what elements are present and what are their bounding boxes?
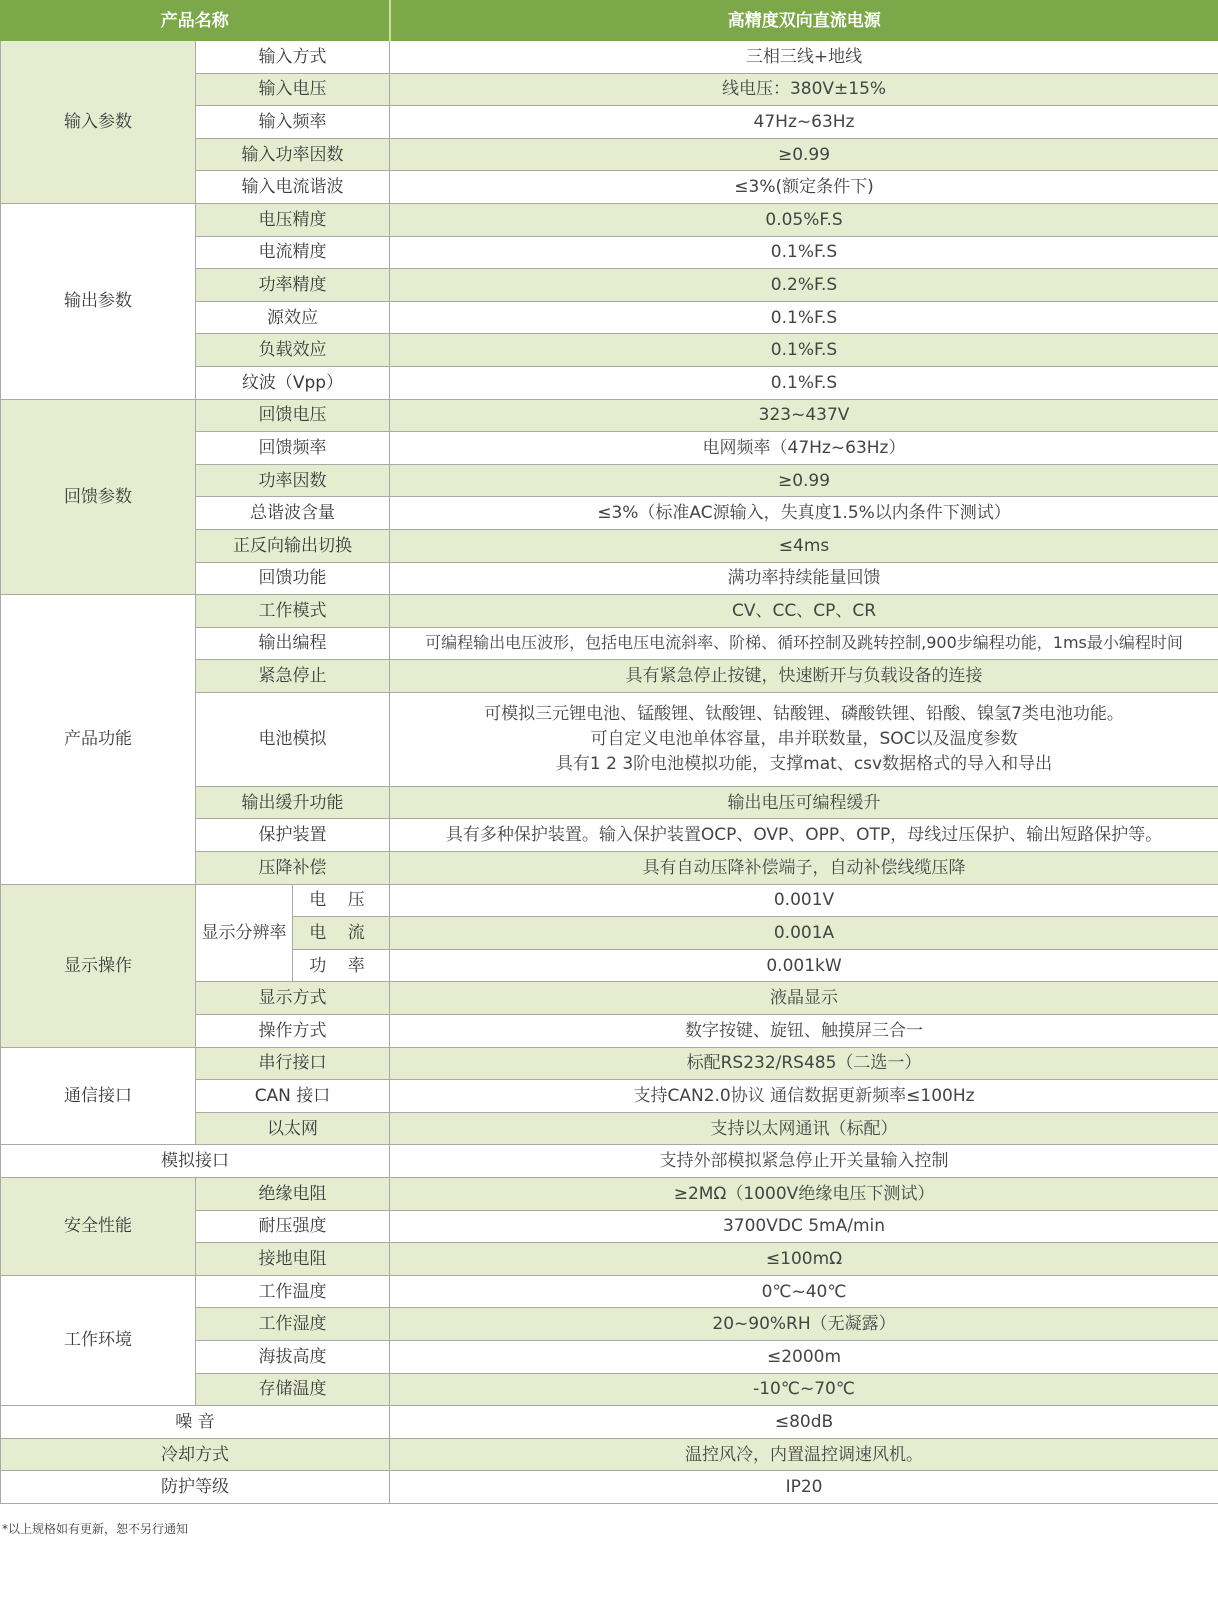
row-value: ≥0.99 [390, 464, 1218, 497]
table-row: 显示操作 显示分辨率 电 压 0.001V [1, 884, 1218, 917]
row-label: 输入频率 [196, 106, 390, 139]
row-value: 温控风冷，内置温控调速风机。 [390, 1438, 1218, 1471]
row-value: 满功率持续能量回馈 [390, 562, 1218, 595]
row-value: 支持以太网通讯（标配） [390, 1112, 1218, 1145]
row-label: 输入功率因数 [196, 138, 390, 171]
row-value: 三相三线+地线 [390, 41, 1218, 74]
row-value: 标配RS232/RS485（二选一） [390, 1047, 1218, 1080]
group-function: 产品功能 [1, 595, 196, 885]
spec-table: 产品名称 高精度双向直流电源 输入参数 输入方式 三相三线+地线 输入电压 线电… [0, 0, 1218, 1504]
row-value-battery-sim: 可模拟三元锂电池、锰酸锂、钛酸锂、钴酸锂、磷酸铁锂、铅酸、镍氢7类电池功能。 可… [390, 692, 1218, 786]
row-value: 3700VDC 5mA/min [390, 1210, 1218, 1243]
table-row: 防护等级 IP20 [1, 1471, 1218, 1504]
row-value: 0.001A [390, 917, 1218, 950]
row-value: 0.001kW [390, 949, 1218, 982]
row-label: 回馈功能 [196, 562, 390, 595]
row-label: 压降补偿 [196, 852, 390, 885]
row-value: 线电压：380V±15% [390, 73, 1218, 106]
table-row: 安全性能 绝缘电阻 ≥2MΩ（1000V绝缘电压下测试） [1, 1178, 1218, 1211]
row-value: ≤3%(额定条件下) [390, 171, 1218, 204]
row-label-noise: 噪 音 [1, 1406, 390, 1439]
row-value: 支持外部模拟紧急停止开关量输入控制 [390, 1145, 1218, 1178]
row-label: 紧急停止 [196, 660, 390, 693]
battery-line-1: 可模拟三元锂电池、锰酸锂、钛酸锂、钴酸锂、磷酸铁锂、铅酸、镍氢7类电池功能。 [394, 702, 1214, 727]
row-value: 支持CAN2.0协议 通信数据更新频率≤100Hz [390, 1080, 1218, 1113]
row-label: 工作模式 [196, 595, 390, 628]
group-safety: 安全性能 [1, 1178, 196, 1276]
row-label: 回馈电压 [196, 399, 390, 432]
row-label: 输出编程 [196, 627, 390, 660]
row-label: 电 压 [293, 884, 390, 917]
battery-line-2: 可自定义电池单体容量，串并联数量，SOC以及温度参数 [394, 727, 1214, 752]
row-value: 0.1%F.S [390, 366, 1218, 399]
table-row: 工作环境 工作温度 0℃~40℃ [1, 1275, 1218, 1308]
row-label: 输入电压 [196, 73, 390, 106]
row-label: 电池模拟 [196, 692, 390, 786]
row-label: 电压精度 [196, 203, 390, 236]
group-display: 显示操作 [1, 884, 196, 1047]
row-value: 数字按键、旋钮、触摸屏三合一 [390, 1015, 1218, 1048]
row-value: 0.1%F.S [390, 236, 1218, 269]
row-label: 耐压强度 [196, 1210, 390, 1243]
row-value: 20~90%RH（无凝露） [390, 1308, 1218, 1341]
row-value: ≥0.99 [390, 138, 1218, 171]
row-label: 正反向输出切换 [196, 529, 390, 562]
header-name-label: 产品名称 [1, 1, 390, 41]
table-row: 输入参数 输入方式 三相三线+地线 [1, 41, 1218, 74]
row-value: 具有多种保护装置。输入保护装置OCP、OVP、OPP、OTP，母线过压保护、输出… [390, 819, 1218, 852]
battery-line-3: 具有1 2 3阶电池模拟功能，支撑mat、csv数据格式的导入和导出 [394, 752, 1214, 777]
row-value: 47Hz~63Hz [390, 106, 1218, 139]
table-row: 回馈参数 回馈电压 323~437V [1, 399, 1218, 432]
row-label: 显示方式 [196, 982, 390, 1015]
row-label-cooling: 冷却方式 [1, 1438, 390, 1471]
row-label: 操作方式 [196, 1015, 390, 1048]
group-comm: 通信接口 [1, 1047, 196, 1145]
row-label: 输出缓升功能 [196, 786, 390, 819]
row-value: 0℃~40℃ [390, 1275, 1218, 1308]
row-label-protection: 防护等级 [1, 1471, 390, 1504]
row-value: 0.1%F.S [390, 301, 1218, 334]
row-value: 可编程输出电压波形，包括电压电流斜率、阶梯、循环控制及跳转控制,900步编程功能… [390, 627, 1218, 660]
row-value: ≤100mΩ [390, 1243, 1218, 1276]
row-value: 323~437V [390, 399, 1218, 432]
row-label: 海拔高度 [196, 1340, 390, 1373]
group-env: 工作环境 [1, 1275, 196, 1405]
row-label: 输入方式 [196, 41, 390, 74]
row-label: 绝缘电阻 [196, 1178, 390, 1211]
row-value: 具有自动压降补偿端子，自动补偿线缆压降 [390, 852, 1218, 885]
row-label: 总谐波含量 [196, 497, 390, 530]
table-row: 产品功能 工作模式 CV、CC、CP、CR [1, 595, 1218, 628]
row-label: 接地电阻 [196, 1243, 390, 1276]
row-value: ≤2000m [390, 1340, 1218, 1373]
table-row: 模拟接口 支持外部模拟紧急停止开关量输入控制 [1, 1145, 1218, 1178]
row-label: 工作湿度 [196, 1308, 390, 1341]
row-label: 电 流 [293, 917, 390, 950]
row-value: ≤4ms [390, 529, 1218, 562]
row-value: 0.1%F.S [390, 334, 1218, 367]
row-value: 电网频率（47Hz~63Hz） [390, 432, 1218, 465]
row-value: 0.05%F.S [390, 203, 1218, 236]
table-row: 输出参数 电压精度 0.05%F.S [1, 203, 1218, 236]
row-value: 0.2%F.S [390, 269, 1218, 302]
row-value: ≥2MΩ（1000V绝缘电压下测试） [390, 1178, 1218, 1211]
row-label: 功率因数 [196, 464, 390, 497]
group-output: 输出参数 [1, 203, 196, 399]
row-value: ≤80dB [390, 1406, 1218, 1439]
footnote: *以上规格如有更新，恕不另行通知 [2, 1520, 188, 1537]
table-row: 冷却方式 温控风冷，内置温控调速风机。 [1, 1438, 1218, 1471]
group-feedback: 回馈参数 [1, 399, 196, 595]
table-row: 通信接口 串行接口 标配RS232/RS485（二选一） [1, 1047, 1218, 1080]
row-label: 回馈频率 [196, 432, 390, 465]
row-value: 0.001V [390, 884, 1218, 917]
row-value: -10℃~70℃ [390, 1373, 1218, 1406]
row-label: 输入电流谐波 [196, 171, 390, 204]
row-label: 功率精度 [196, 269, 390, 302]
row-value: ≤3%（标准AC源输入，失真度1.5%以内条件下测试） [390, 497, 1218, 530]
group-input: 输入参数 [1, 41, 196, 204]
table-header: 产品名称 高精度双向直流电源 [1, 1, 1218, 41]
row-label: 电流精度 [196, 236, 390, 269]
row-label: 纹波（Vpp） [196, 366, 390, 399]
row-label: CAN 接口 [196, 1080, 390, 1113]
row-label: 工作温度 [196, 1275, 390, 1308]
row-value: 液晶显示 [390, 982, 1218, 1015]
row-label: 功 率 [293, 949, 390, 982]
table-row: 噪 音 ≤80dB [1, 1406, 1218, 1439]
row-label: 以太网 [196, 1112, 390, 1145]
row-label: 源效应 [196, 301, 390, 334]
header-product-name: 高精度双向直流电源 [390, 1, 1218, 41]
row-value: IP20 [390, 1471, 1218, 1504]
row-value: CV、CC、CP、CR [390, 595, 1218, 628]
row-label: 串行接口 [196, 1047, 390, 1080]
row-label: 保护装置 [196, 819, 390, 852]
row-label: 负载效应 [196, 334, 390, 367]
row-label-analog: 模拟接口 [1, 1145, 390, 1178]
row-value: 具有紧急停止按键，快速断开与负载设备的连接 [390, 660, 1218, 693]
row-label: 存储温度 [196, 1373, 390, 1406]
row-value: 输出电压可编程缓升 [390, 786, 1218, 819]
resolution-label: 显示分辨率 [196, 884, 293, 982]
